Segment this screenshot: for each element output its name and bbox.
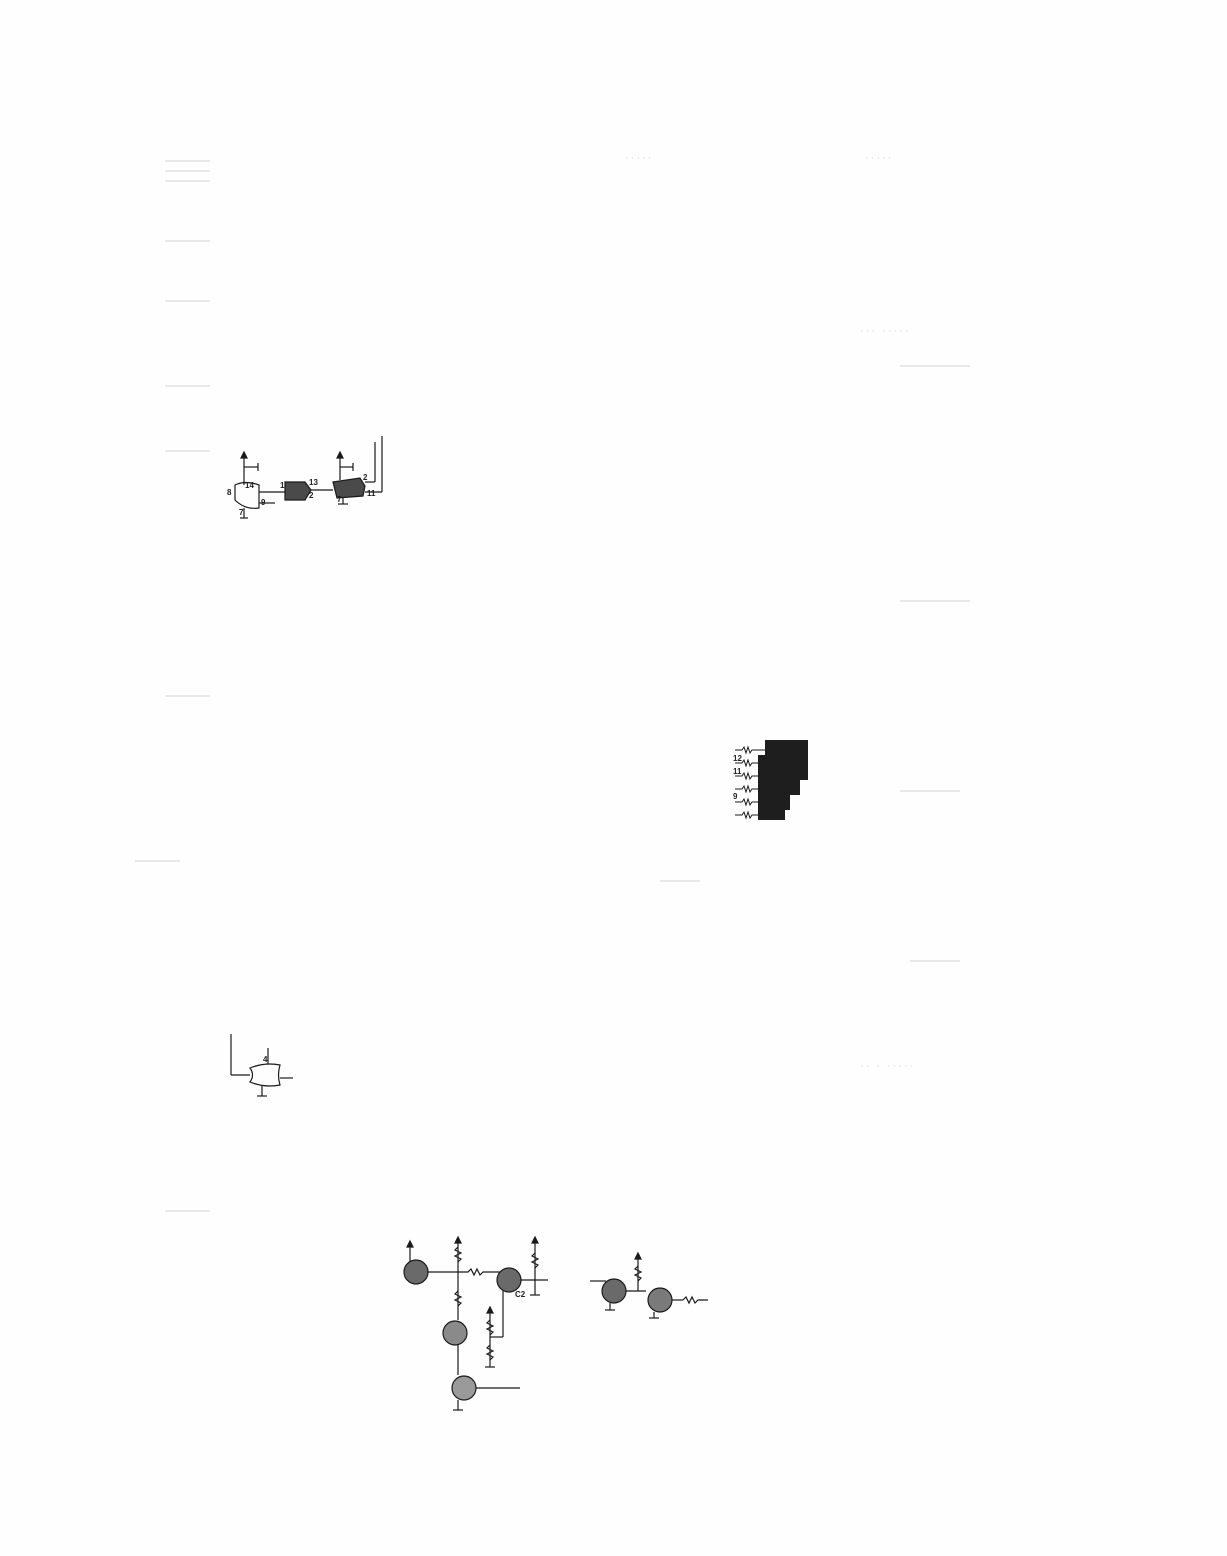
faint-label: ····· [865,152,893,164]
faint-trace [135,860,180,862]
svg-text:11: 11 [367,489,376,498]
faint-trace [165,160,210,162]
faint-trace [165,1210,210,1212]
faint-trace [165,450,210,452]
svg-text:1: 1 [280,481,285,490]
svg-text:7: 7 [337,495,342,504]
svg-text:2: 2 [309,491,314,500]
svg-text:9: 9 [733,792,738,801]
faint-label: ····· [625,152,653,164]
dark-block-fragment: 12 11 9 [730,735,820,825]
faint-trace [660,880,700,882]
svg-text:9: 9 [261,498,266,507]
svg-text:11: 11 [733,767,742,776]
svg-text:C2: C2 [515,1290,526,1299]
faint-trace [900,600,970,602]
svg-text:7: 7 [239,508,244,517]
faint-trace [910,960,960,962]
faint-label: ·· · ····· [860,1060,915,1072]
faint-trace [165,695,210,697]
faint-trace [900,790,960,792]
faint-trace [165,385,210,387]
faint-trace [165,240,210,242]
faint-trace [165,180,210,182]
svg-text:12: 12 [733,754,742,763]
gate-chain-fragment: 14 8 9 7 1 13 2 2 11 7 [225,430,395,530]
svg-text:2: 2 [363,473,368,482]
transistor-stage-fragment: C2 [398,1225,568,1420]
faint-label: ··· ····· [860,325,910,337]
faint-trace [900,365,970,367]
svg-text:4: 4 [263,1055,268,1064]
faint-trace [165,300,210,302]
svg-text:14: 14 [245,481,254,490]
or-gate-fragment: 4 [225,1030,305,1105]
output-stage-fragment [588,1248,713,1323]
faint-trace [165,170,210,172]
svg-text:8: 8 [227,488,232,497]
svg-text:13: 13 [309,478,318,487]
schematic-sheet: ····· ····· ··· ····· ·· · ····· [0,0,1227,1556]
